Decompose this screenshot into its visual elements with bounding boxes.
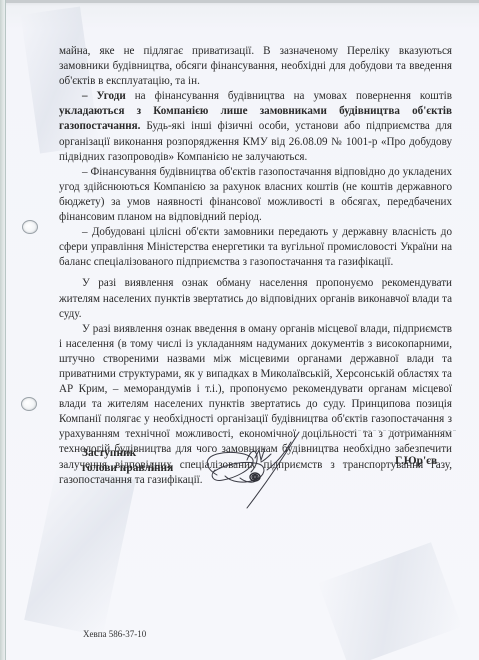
scan-left-edge-line [5,0,6,660]
scanned-letter-page: майна, яке не підлягає приватизації. В з… [0,0,479,660]
paragraph-text: на фінансування будівництва на умовах по… [126,90,452,102]
punch-hole-icon [22,220,38,234]
punch-hole-icon [21,397,37,411]
paragraph-text-bold: – Угоди [82,90,126,102]
paragraph-text: – Фінансування будівництва об'єктів газо… [59,166,452,223]
paragraph-3-financing: – Фінансування будівництва об'єктів газо… [59,165,452,225]
paper-crease [24,463,136,636]
paper-crease [318,542,462,660]
signature-block: Заступник голови правління Г.Юр'єв [82,446,462,486]
paragraph-1: майна, яке не підлягає приватизації. В з… [59,44,452,89]
signatory-title: Заступник голови правління [82,446,173,476]
scan-top-edge [0,0,479,3]
paragraph-4-transfer: – Добудовані цілісні об'єкти замовники п… [59,225,452,270]
signatory-title-line-2: голови правління [82,461,173,476]
signature-dashed-line [318,430,456,431]
paragraph-text: майна, яке не підлягає приватизації. В з… [59,45,452,87]
paragraph-5-fraud: У разі виявлення ознак обману населення … [59,276,452,321]
paragraph-text: – Добудовані цілісні об'єкти замовники п… [59,226,452,268]
signatory-title-line-1: Заступник [82,446,173,461]
paragraph-text: У разі виявлення ознак обману населення … [59,277,452,319]
signatory-name: Г.Юр'єв [395,454,437,469]
paragraph-2-agreements: – Угоди на фінансування будівництва на у… [59,89,452,164]
executor-note: Хевпа 586-37-10 [83,629,146,639]
